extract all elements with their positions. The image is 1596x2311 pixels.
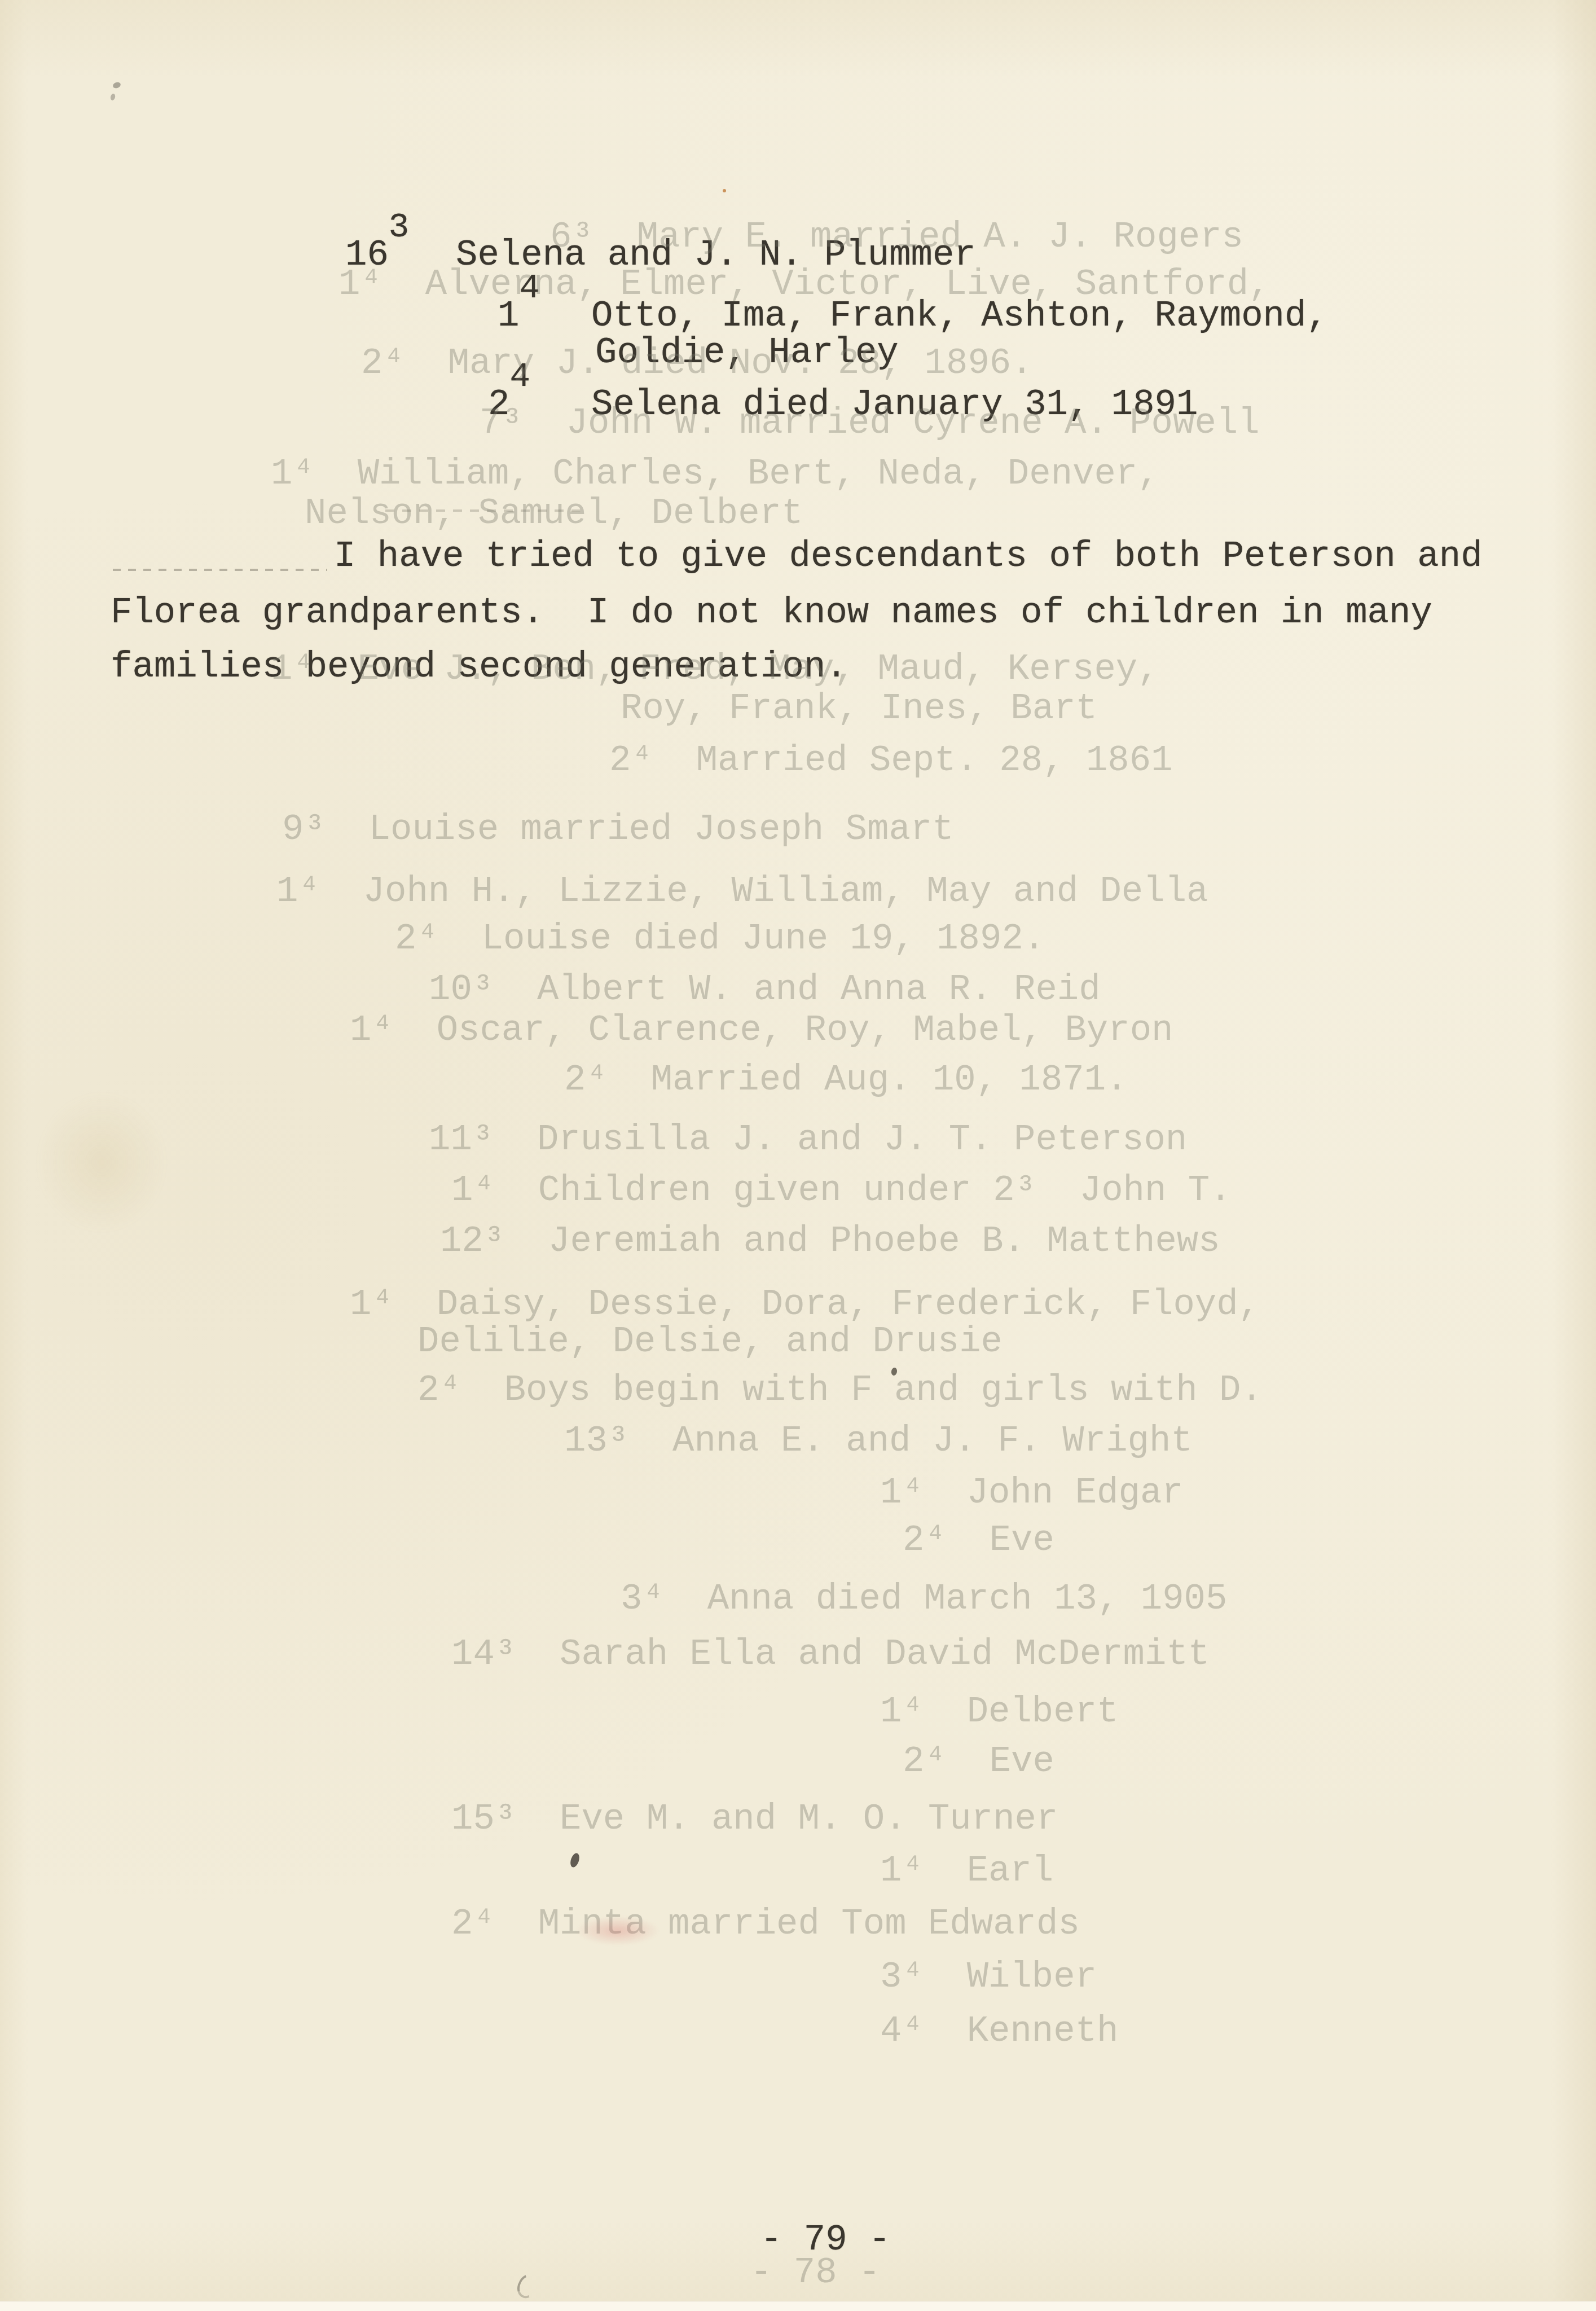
paper-stain [34,1089,169,1236]
bleed-through-line: 2⁴ Eve [903,1523,1054,1559]
bleed-through-line: 11³ Drusilla J. and J. T. Peterson [429,1122,1187,1158]
bleed-through-line: 1⁴ John H., Lizzie, William, May and Del… [276,874,1208,910]
entry-title: Selena and J. N. Plummer [456,238,976,274]
child-line-1-text: Otto, Ima, Frank, Ashton, Raymond, [591,298,1328,335]
bleed-through-line: 2⁴ Minta married Tom Edwards [451,1906,1080,1943]
bleed-through-line: 15³ Eve M. and M. O. Turner [451,1802,1058,1838]
bleed-through-line: 3⁴ Wilber [880,1959,1097,1996]
child-line-1-continuation: Goldie, Harley [595,335,899,371]
paragraph-line-3: families beyond second generation. [111,649,847,686]
bleed-through-line: 10³ Albert W. and Anna R. Reid [429,972,1101,1008]
ink-speck [891,1367,898,1376]
bleed-through-line: 2⁴ Married Aug. 10, 1871. [564,1062,1128,1099]
child-line-2-superscript: 4 [509,358,530,397]
bleed-through-line: 2⁴ Married Sept. 28, 1861 [609,743,1173,779]
paragraph-line-2: Florea grandparents. I do not know names… [111,595,1432,631]
scan-edge-strip [0,2301,1596,2311]
ink-speck [569,1852,581,1868]
ink-speck [723,189,726,192]
bleed-through-line: 2⁴ Boys begin with F and girls with D. [417,1373,1263,1409]
ink-speck [112,81,122,89]
bleed-through-line: 1⁴ John Edgar [880,1475,1184,1512]
bleed-through-line: 1⁴ William, Charles, Bert, Neda, Denver, [271,456,1159,493]
scanned-typewritten-page: { "page": { "entry": { "number": "16", "… [0,0,1596,2311]
entry-number: 163 [345,238,409,274]
bleed-through-line: 1⁴ Daisy, Dessie, Dora, Frederick, Floyd… [350,1287,1260,1323]
bleed-through-line: 12³ Jeremiah and Phoebe B. Matthews [440,1224,1220,1260]
bleed-through-line: 1⁴ Children given under 2³ John T. [451,1173,1232,1209]
bleed-through-line: 2⁴ Louise died June 19, 1892. [395,921,1045,957]
bleed-through-line: 13³ Anna E. and J. F. Wright [564,1423,1193,1460]
page-number: - 79 - [760,2222,890,2259]
bleed-through-line: Roy, Frank, Ines, Bart [621,691,1097,727]
bleed-through-line: Nelson, Samuel, Delbert [305,496,803,532]
faint-dash-mark [385,509,583,512]
bleed-through-line: 3⁴ Anna died March 13, 1905 [621,1581,1227,1618]
bleed-through-line: 2⁴ Eve [903,1744,1054,1780]
red-ink-smudge [575,1916,660,1945]
bleed-through-line: 1⁴ Earl [880,1853,1053,1890]
child-line-2-text: Selena died January 31, 1891 [591,387,1198,423]
bleed-through-line: 1⁴ Oscar, Clarence, Roy, Mabel, Byron [350,1013,1173,1049]
pencil-dash-mark [113,569,327,571]
paragraph-line-1: I have tried to give descendants of both… [334,539,1483,575]
bleed-through-line: 1⁴ Delbert [880,1694,1118,1730]
pen-curl-mark [513,2271,541,2301]
entry-number-superscript: 3 [389,208,409,247]
ink-speck [110,93,116,101]
bleed-through-line: 4⁴ Kenneth [880,2014,1118,2050]
child-line-2-number: 24 [488,387,530,423]
child-line-1-superscript: 4 [519,269,539,308]
bleed-through-line: 14³ Sarah Ella and David McDermitt [451,1637,1210,1673]
child-line-1-number: 14 [498,298,540,335]
bleed-through-line: Delilie, Delsie, and Drusie [417,1324,1003,1360]
bleed-through-line: 9³ Louise married Joseph Smart [282,812,954,848]
